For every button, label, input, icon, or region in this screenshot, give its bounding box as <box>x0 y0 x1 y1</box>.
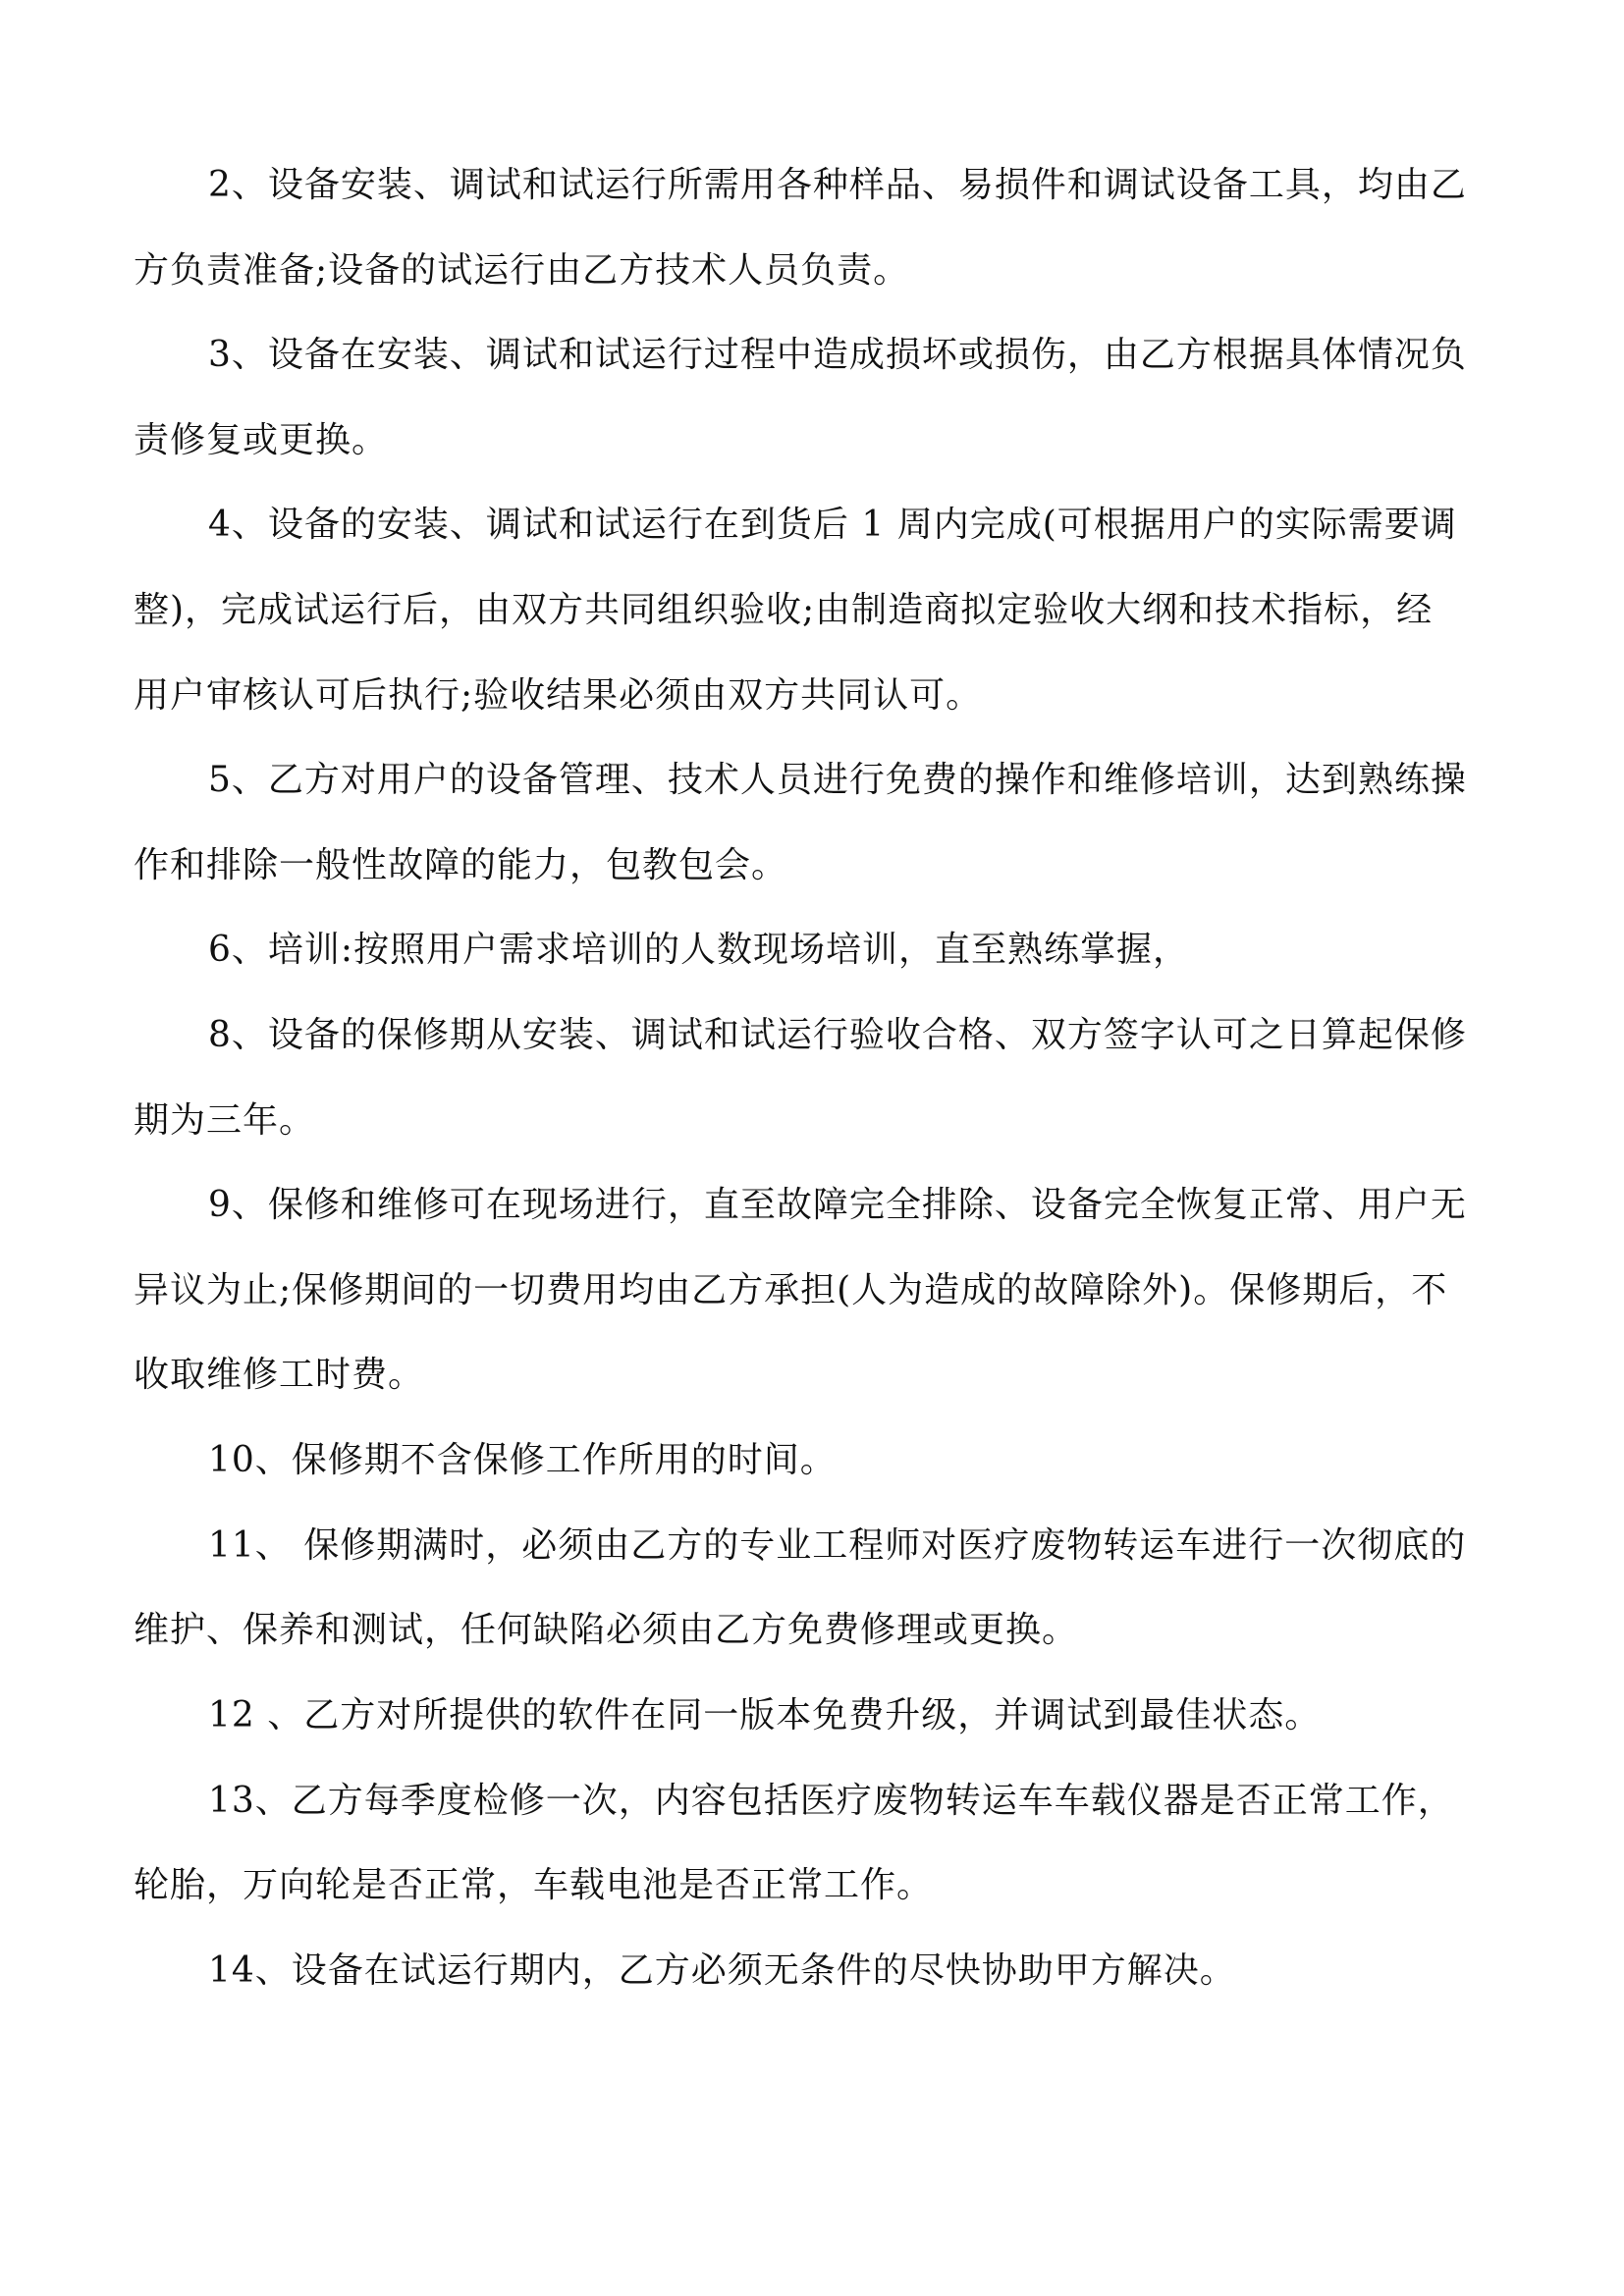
paragraph-item-8-line-1: 8、设备的保修期从安装、调试和试运行验收合格、双方签字认可之日算起保修 <box>208 1014 1467 1057</box>
paragraph-item-9-line-3: 收取维修工时费。 <box>134 1354 424 1397</box>
paragraph-item-4-line-2: 整)，完成试运行后，由双方共同组织验收;由制造商拟定验收大纲和技术指标，经 <box>134 589 1433 632</box>
paragraph-item-2-line-2: 方负责准备;设备的试运行由乙方技术人员负责。 <box>134 249 909 293</box>
paragraph-item-3-line-1: 3、设备在安装、调试和试运行过程中造成损坏或损伤，由乙方根据具体情况负 <box>208 334 1467 377</box>
paragraph-item-5-line-1: 5、乙方对用户的设备管理、技术人员进行免费的操作和维修培训，达到熟练操 <box>208 759 1467 802</box>
paragraph-item-13-line-1: 13、乙方每季度检修一次，内容包括医疗废物转运车车载仪器是否正常工作， <box>208 1780 1454 1823</box>
paragraph-item-14-line-1: 14、设备在试运行期内，乙方必须无条件的尽快协助甲方解决。 <box>208 1949 1236 1993</box>
paragraph-item-9-line-2: 异议为止;保修期间的一切费用均由乙方承担(人为造成的故障除外)。保修期后，不 <box>134 1269 1447 1312</box>
paragraph-item-2-line-1: 2、设备安装、调试和试运行所需用各种样品、易损件和调试设备工具，均由乙 <box>208 164 1467 207</box>
paragraph-item-11-line-1: 11、 保修期满时，必须由乙方的专业工程师对医疗废物转运车进行一次彻底的 <box>208 1524 1466 1568</box>
paragraph-item-12-line-1: 12 、乙方对所提供的软件在同一版本免费升级，并调试到最佳状态。 <box>208 1694 1321 1737</box>
paragraph-item-5-line-2: 作和排除一般性故障的能力，包教包会。 <box>134 844 787 887</box>
document-page: 2、设备安装、调试和试运行所需用各种样品、易损件和调试设备工具，均由乙 方负责准… <box>0 0 1624 2296</box>
paragraph-item-8-line-2: 期为三年。 <box>134 1099 315 1143</box>
paragraph-item-6-line-1: 6、培训:按照用户需求培训的人数现场培训，直至熟练掌握， <box>208 929 1189 972</box>
paragraph-item-13-line-2: 轮胎，万向轮是否正常，车载电池是否正常工作。 <box>134 1864 933 1907</box>
paragraph-item-3-line-2: 责修复或更换。 <box>134 419 388 462</box>
paragraph-item-10-line-1: 10、保修期不含保修工作所用的时间。 <box>208 1439 837 1482</box>
paragraph-item-9-line-1: 9、保修和维修可在现场进行，直至故障完全排除、设备完全恢复正常、用户无 <box>208 1184 1467 1227</box>
paragraph-item-11-line-2: 维护、保养和测试，任何缺陷必须由乙方免费修理或更换。 <box>134 1609 1078 1652</box>
paragraph-item-4-line-3: 用户审核认可后执行;验收结果必须由双方共同认可。 <box>134 674 982 718</box>
paragraph-item-4-line-1: 4、设备的安装、调试和试运行在到货后 1 周内完成(可根据用户的实际需要调 <box>208 504 1457 547</box>
